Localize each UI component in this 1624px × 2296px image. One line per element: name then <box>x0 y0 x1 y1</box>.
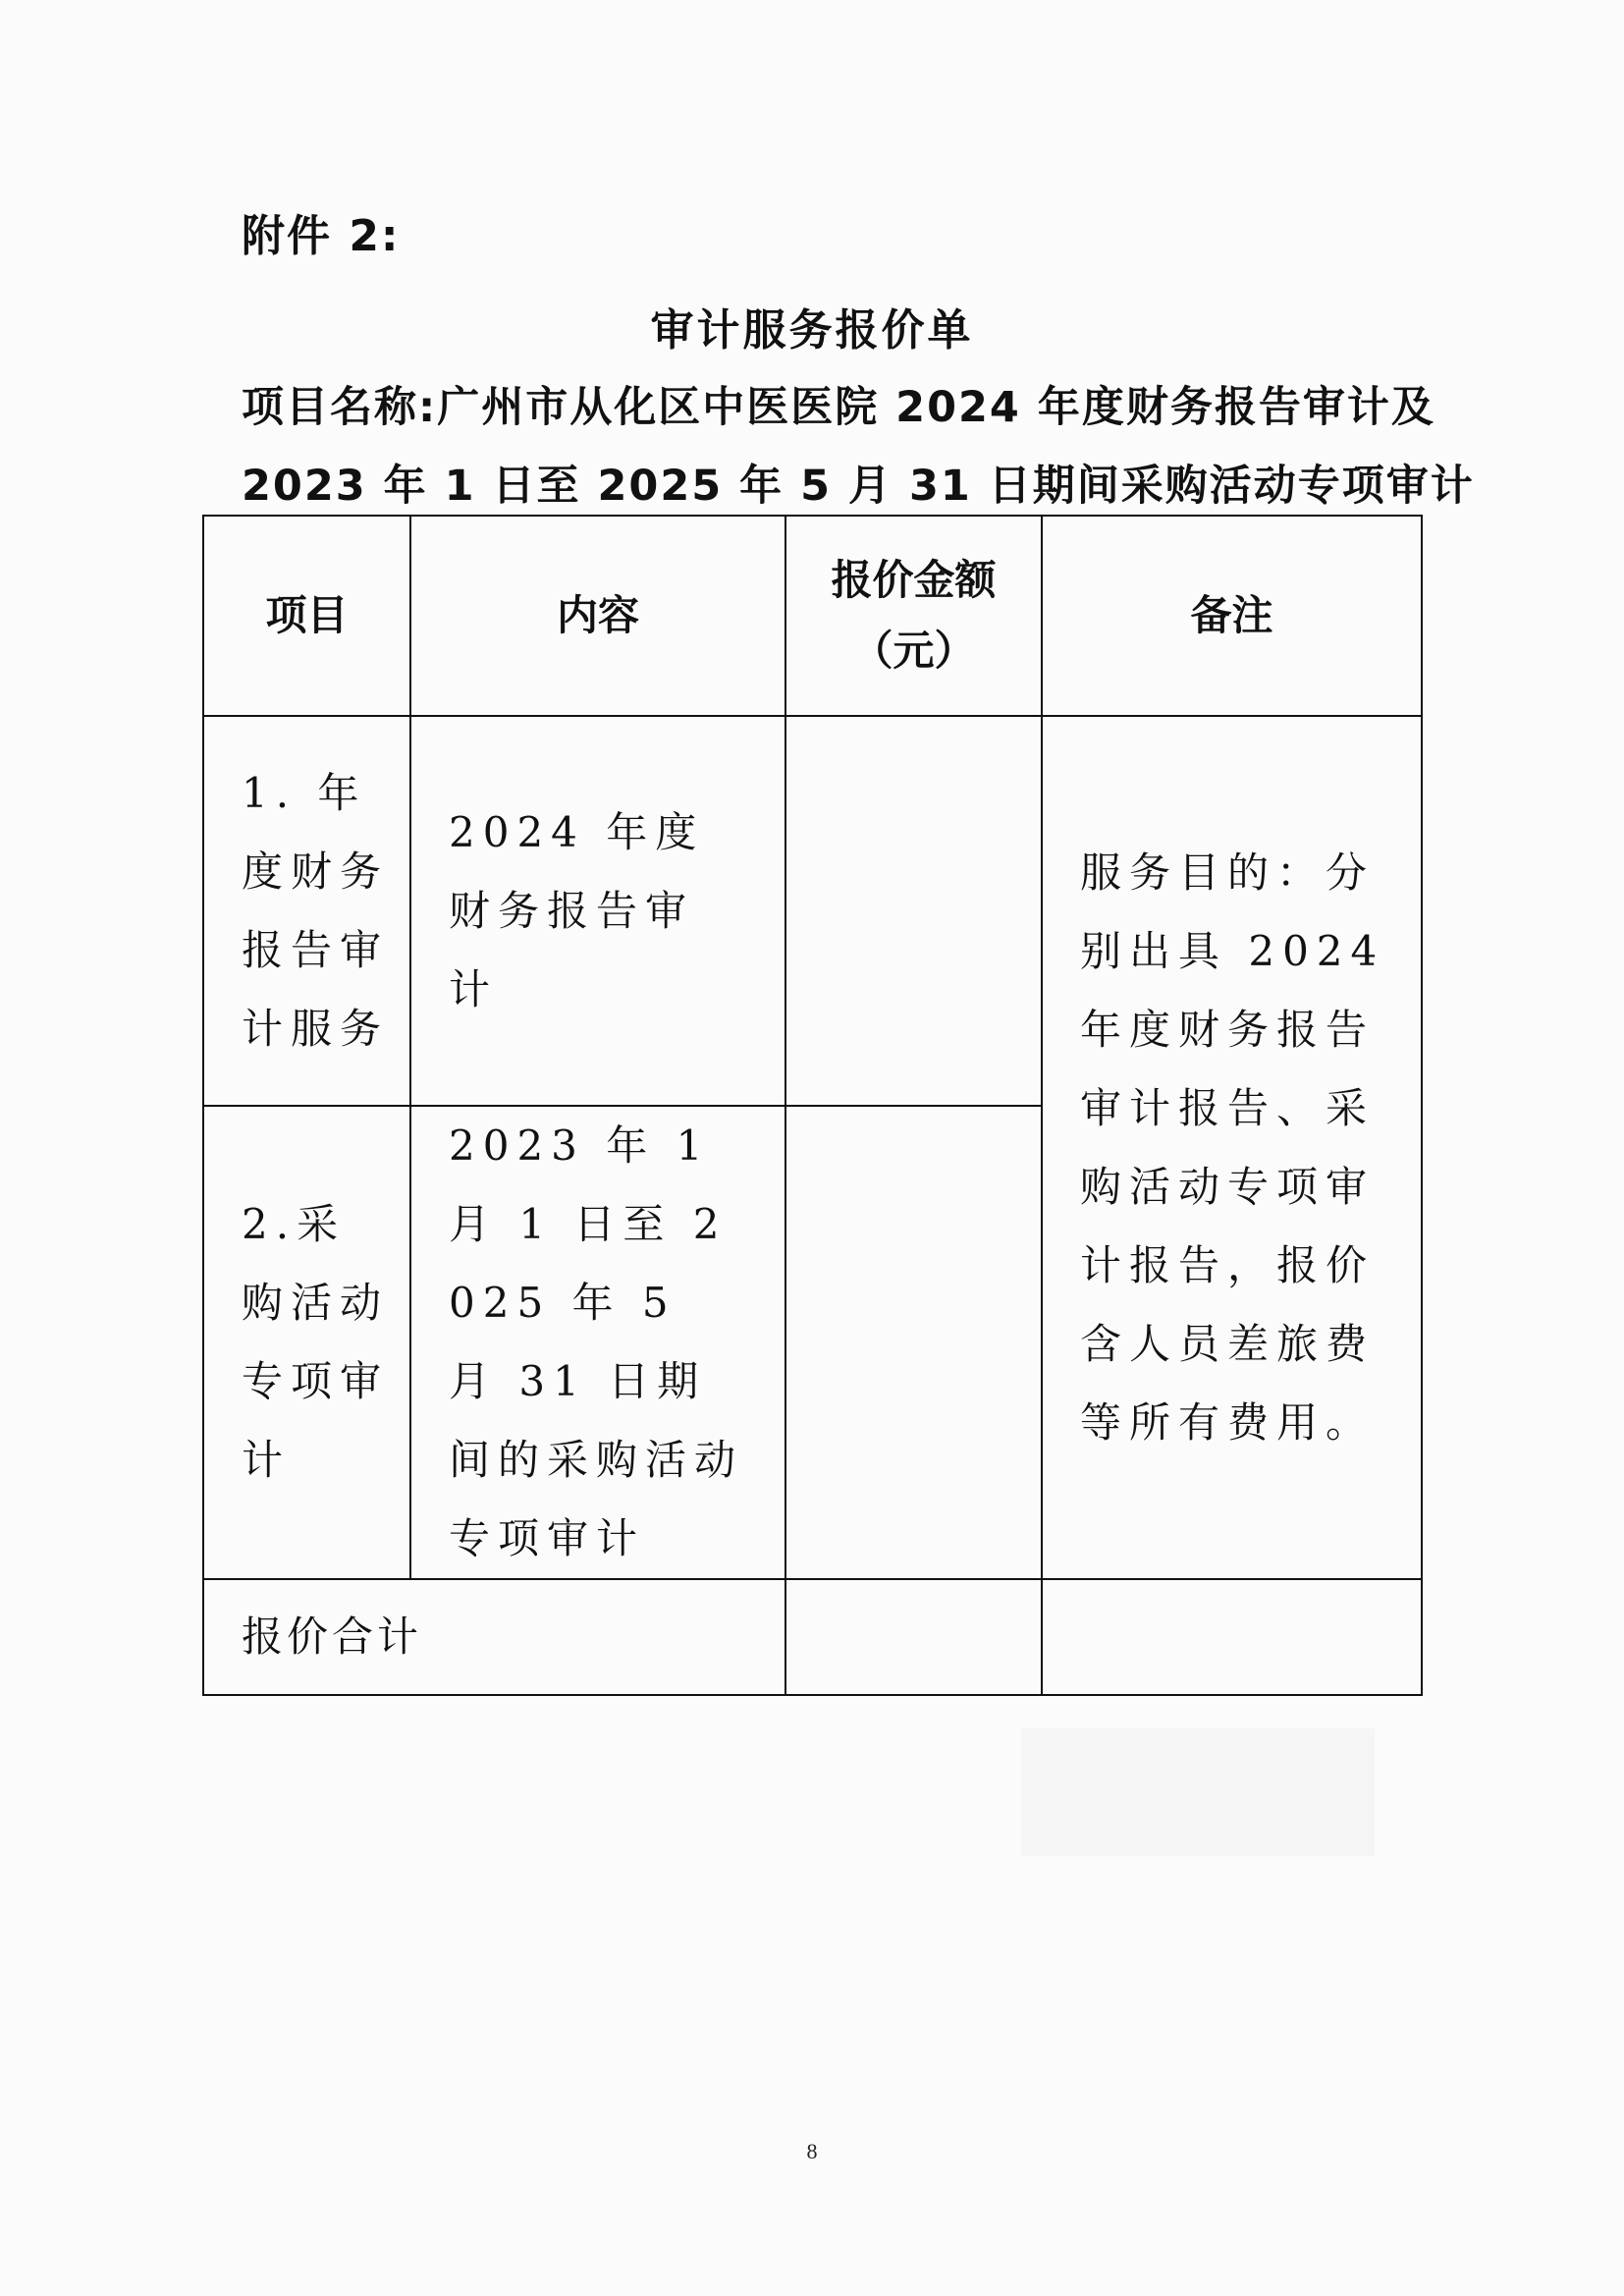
content-text: 2023 年 1 月 1 日至 2025 年 5 月 31 日期间的采购活动专项… <box>411 1107 785 1578</box>
table-row: 1. 年度财务报告审计服务 2024 年度财务报告审计 服务目的：分别出具 20… <box>203 716 1422 1106</box>
content-cell: 2023 年 1 月 1 日至 2025 年 5 月 31 日期间的采购活动专项… <box>410 1106 785 1579</box>
scan-show-through <box>1021 1728 1375 1856</box>
header-item: 项目 <box>203 516 410 716</box>
total-label: 报价合计 <box>204 1598 785 1676</box>
header-amount: 报价金额 （元） <box>785 516 1042 716</box>
remarks-cell: 服务目的：分别出具 2024 年度财务报告审计报告、采购活动专项审计报告，报价含… <box>1042 716 1422 1579</box>
amount-cell[interactable] <box>785 1106 1042 1579</box>
table-header-row: 项目 内容 报价金额 （元） 备注 <box>203 516 1422 716</box>
attachment-label: 附件 2: <box>242 200 401 263</box>
content-cell: 2024 年度财务报告审计 <box>410 716 785 1106</box>
page-number: 8 <box>0 2139 1624 2164</box>
total-remarks-cell <box>1042 1579 1422 1695</box>
item-cell: 1. 年度财务报告审计服务 <box>203 716 410 1106</box>
total-label-cell: 报价合计 <box>203 1579 785 1695</box>
content-text: 2024 年度财务报告审计 <box>411 793 785 1029</box>
total-row: 报价合计 <box>203 1579 1422 1695</box>
item-text: 2.采购活动专项审计 <box>204 1185 409 1500</box>
quotation-table: 项目 内容 报价金额 （元） 备注 1. 年度财务报告审计服务 2024 年度财… <box>202 515 1423 1696</box>
project-name-line-2: 2023 年 1 日至 2025 年 5 月 31 日期间采购活动专项审计 <box>242 447 1420 525</box>
header-amount-label: 报价金额 <box>786 545 1041 616</box>
project-name: 项目名称:广州市从化区中医医院 2024 年度财务报告审计及 2023 年 1 … <box>242 368 1420 525</box>
item-cell: 2.采购活动专项审计 <box>203 1106 410 1579</box>
remarks-text: 服务目的：分别出具 2024 年度财务报告审计报告、采购活动专项审计报告，报价含… <box>1080 834 1393 1462</box>
header-remarks: 备注 <box>1042 516 1422 716</box>
project-name-line-1: 项目名称:广州市从化区中医医院 2024 年度财务报告审计及 <box>242 368 1420 447</box>
item-text: 1. 年度财务报告审计服务 <box>204 754 409 1068</box>
document-title: 审计服务报价单 <box>0 295 1624 357</box>
amount-cell[interactable] <box>785 716 1042 1106</box>
document-page: 附件 2: 审计服务报价单 项目名称:广州市从化区中医医院 2024 年度财务报… <box>0 0 1624 2296</box>
header-content: 内容 <box>410 516 785 716</box>
total-amount-cell[interactable] <box>785 1579 1042 1695</box>
header-amount-unit: （元） <box>786 616 1041 686</box>
